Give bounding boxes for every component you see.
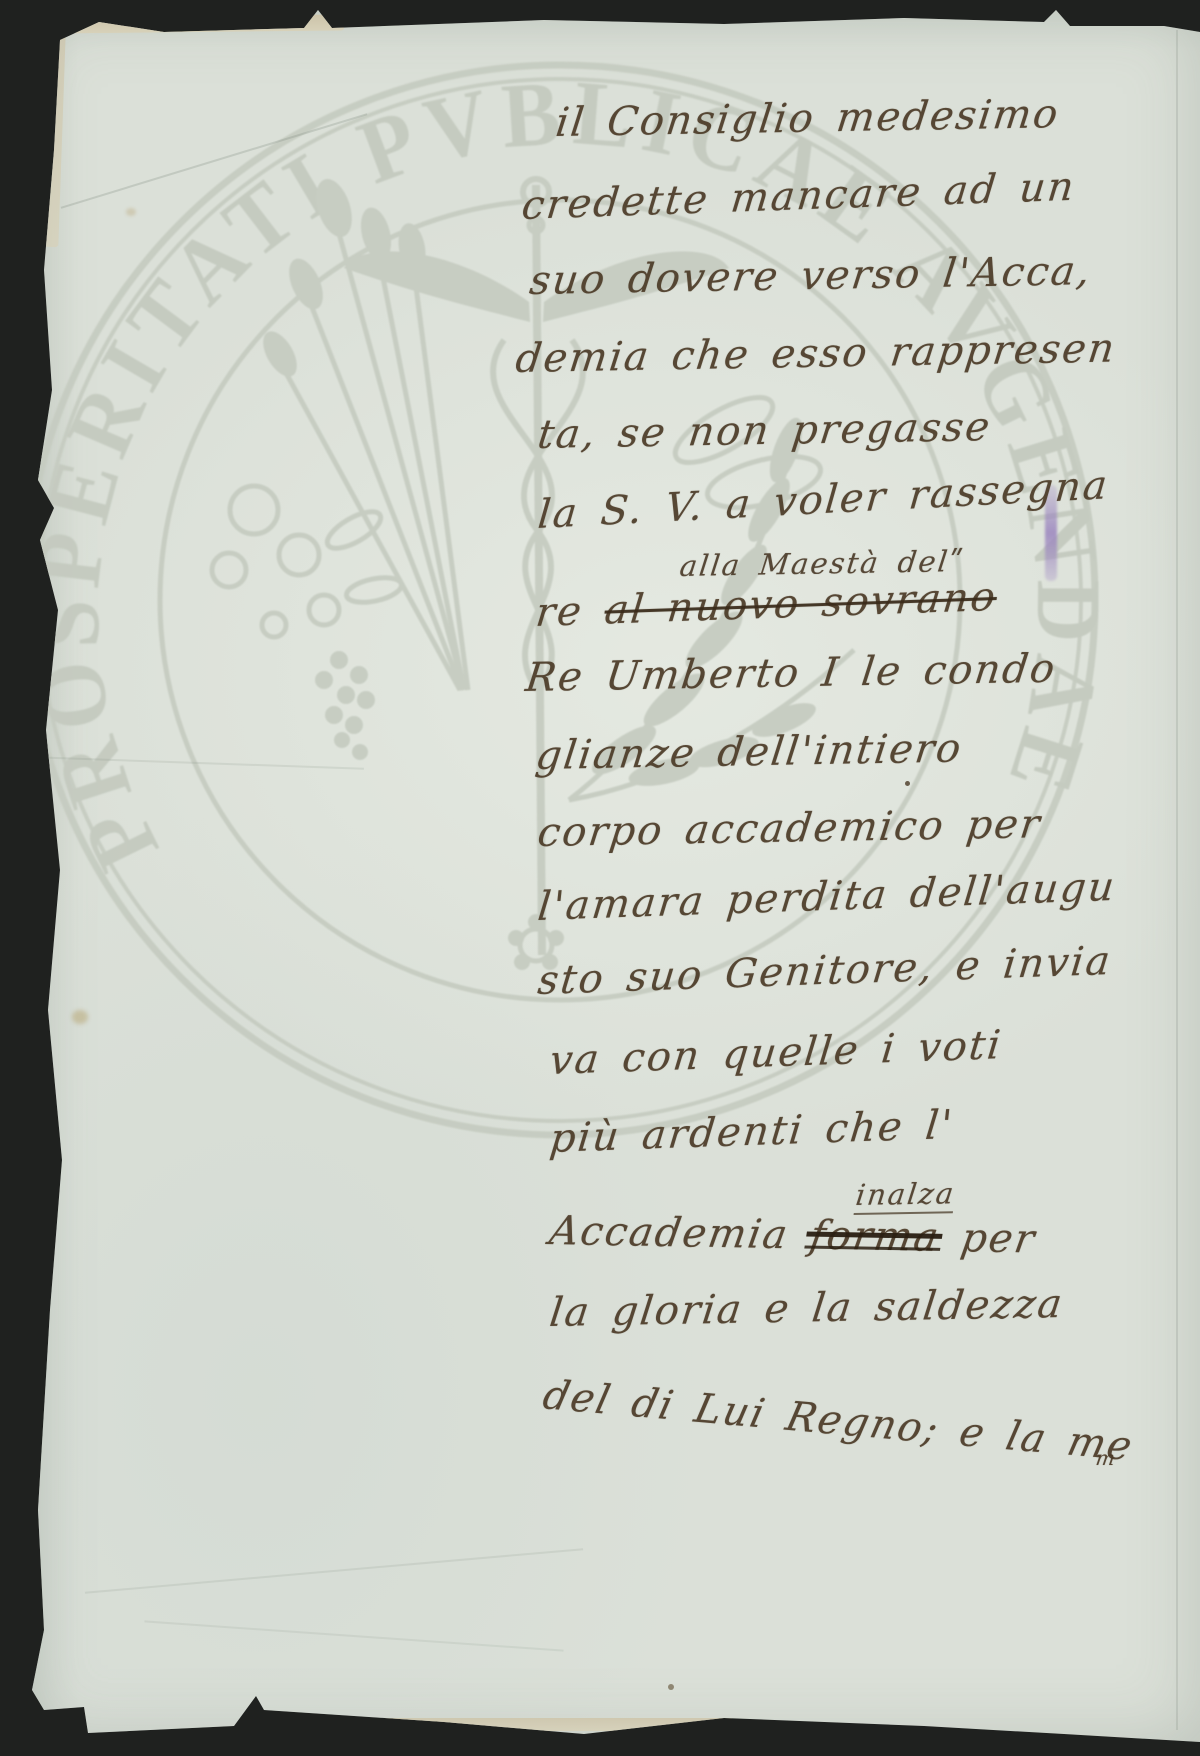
struck-text: forma: [807, 1213, 944, 1261]
manuscript-line: ta, se non pregasse: [535, 404, 994, 458]
line-text: il Consiglio medesimo: [553, 91, 1062, 146]
seal-flowers: [212, 486, 404, 637]
ink-speck: [668, 1684, 674, 1690]
line-text: re: [534, 588, 608, 636]
interlinear-insertion: inalza: [854, 1176, 958, 1212]
manuscript-line: corpo accademico per: [535, 801, 1044, 856]
line-text: m: [1094, 1446, 1118, 1470]
line-text: glianze dell'intiero: [533, 726, 965, 779]
manuscript-line: Accademia forma per: [546, 1208, 1039, 1262]
torn-edge-sliver-bottom: [254, 1718, 734, 1731]
manuscript-line: glianze dell'intiero: [533, 726, 965, 779]
line-text: corpo accademico per: [535, 801, 1044, 856]
foxing-spot: [72, 1010, 88, 1024]
foxing-spot: [126, 208, 136, 216]
line-text: ta, se non pregasse: [535, 404, 994, 458]
line-text: per: [936, 1215, 1039, 1263]
manuscript-line: Re Umberto I le condo: [523, 646, 1059, 701]
manuscript-line: la gloria e la saldezza: [547, 1281, 1066, 1336]
catchword-mark: m: [1094, 1446, 1118, 1470]
line-text: la gloria e la saldezza: [547, 1281, 1066, 1336]
line-text: Accademia: [546, 1208, 814, 1259]
manuscript-line: il Consiglio medesimo: [553, 91, 1062, 146]
crease-line: [1176, 30, 1178, 1730]
seal-grapes: [315, 651, 375, 760]
torn-edge-sliver-top: [54, 14, 344, 33]
line-text: inalza: [854, 1176, 958, 1215]
line-text: Re Umberto I le condo: [523, 646, 1059, 701]
ink-speck: [905, 781, 910, 786]
scanned-manuscript-page: PROSPERITATI PVBLICAE AVGENDAE: [0, 0, 1200, 1756]
